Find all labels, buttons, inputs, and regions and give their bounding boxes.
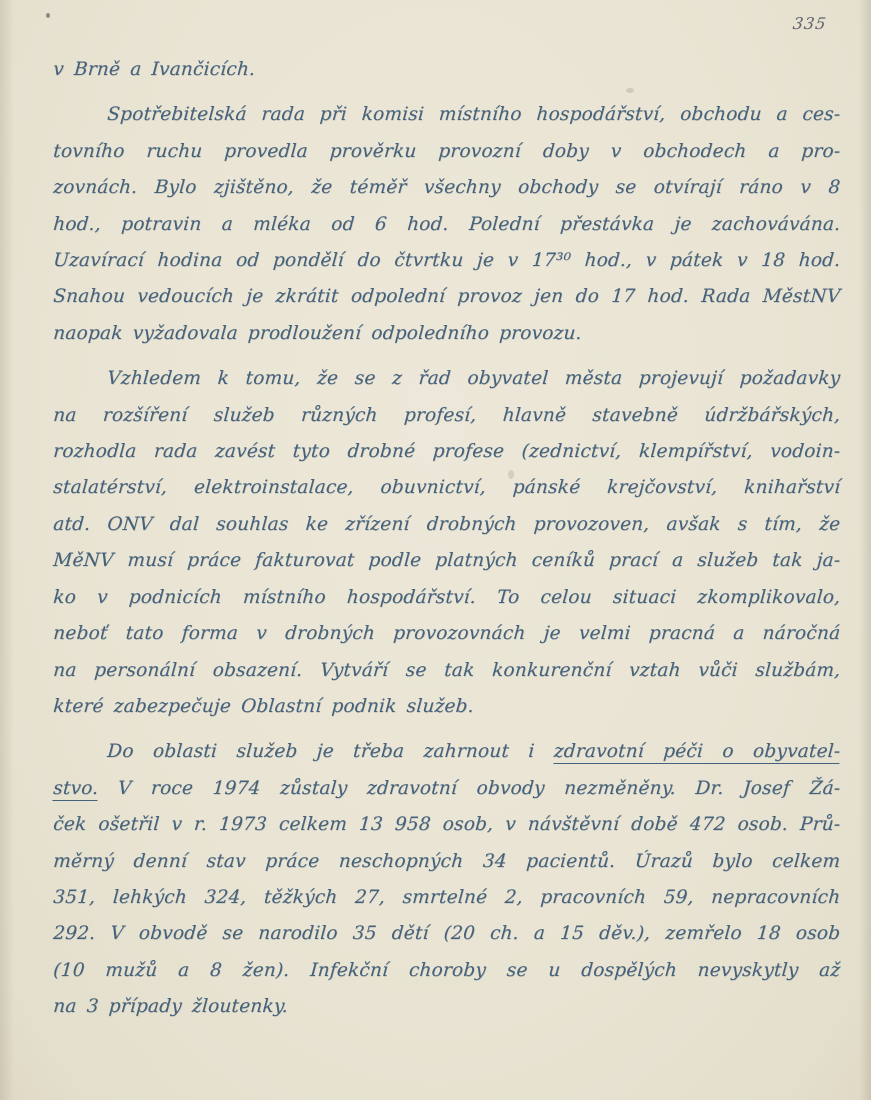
manuscript-line: v Brně a Ivančicích. [52, 52, 842, 88]
manuscript-line: MěNV musí práce fakturovat podle platnýc… [52, 543, 842, 579]
manuscript-line: ko v podnicích místního hospodářství. To… [52, 580, 842, 616]
text-segment: 351, lehkých 324, těžkých 27, smrtelné 2… [53, 887, 841, 908]
underlined-text-segment: zdravotní péči o obyvatel- [553, 741, 841, 764]
manuscript-line: na 3 případy žloutenky. [52, 989, 842, 1025]
text-segment: které zabezpečuje Oblastní podnik služeb… [53, 696, 475, 717]
manuscript-line: stalatérství, elektroinstalace, obuvnict… [52, 470, 842, 506]
manuscript-line: hod., potravin a mléka od 6 hod. Polední… [52, 207, 842, 243]
text-segment: Spotřebitelská rada při komisi místního … [107, 104, 841, 125]
text-segment: na 3 případy žloutenky. [53, 996, 289, 1017]
manuscript-line: Do oblasti služeb je třeba zahrnout i zd… [52, 734, 842, 770]
manuscript-line: 292. V obvodě se narodilo 35 dětí (20 ch… [52, 916, 842, 952]
manuscript-line: atd. ONV dal souhlas ke zřízení drobných… [52, 507, 842, 543]
text-segment: (10 mužů a 8 žen). Infekční choroby se u… [53, 960, 841, 981]
text-segment: stalatérství, elektroinstalace, obuvnict… [53, 477, 841, 498]
text-segment: neboť tato forma v drobných provozovnách… [53, 623, 841, 644]
text-segment: Vzhledem k tomu, že se z řad obyvatel mě… [107, 368, 841, 389]
text-segment: Do oblasti služeb je třeba zahrnout i [107, 741, 555, 762]
text-segment: Uzavírací hodina od pondělí do čtvrtku j… [53, 250, 841, 271]
manuscript-line: 351, lehkých 324, těžkých 27, smrtelné 2… [52, 880, 842, 916]
manuscript-line: rozhodla rada zavést tyto drobné profese… [52, 434, 842, 470]
manuscript-line: Spotřebitelská rada při komisi místního … [52, 97, 842, 133]
manuscript-line: tovního ruchu provedla prověrku provozní… [52, 134, 842, 170]
manuscript-line: Snahou vedoucích je zkrátit odpolední pr… [52, 279, 842, 315]
manuscript-line: zovnách. Bylo zjištěno, že téměř všechny… [52, 170, 842, 206]
text-segment: tovního ruchu provedla prověrku provozní… [53, 141, 841, 162]
page-left-edge-shadow [0, 0, 14, 1100]
text-segment: atd. ONV dal souhlas ke zřízení drobných… [53, 514, 841, 535]
manuscript-line: které zabezpečuje Oblastní podnik služeb… [52, 689, 842, 725]
page-right-edge-shadow [859, 0, 871, 1100]
text-segment: ko v podnicích místního hospodářství. To… [53, 587, 841, 608]
manuscript-line: měrný denní stav práce neschopných 34 pa… [52, 844, 842, 880]
manuscript-line: naopak vyžadovala prodloužení odpoledníh… [52, 316, 842, 352]
text-segment: MěNV musí práce fakturovat podle platnýc… [53, 550, 841, 571]
text-segment: měrný denní stav práce neschopných 34 pa… [53, 851, 841, 872]
manuscript-line: Uzavírací hodina od pondělí do čtvrtku j… [52, 243, 842, 279]
text-segment: na personální obsazení. Vytváří se tak k… [53, 660, 841, 681]
manuscript-line: Vzhledem k tomu, že se z řad obyvatel mě… [52, 361, 842, 397]
page-number: 335 [792, 14, 828, 33]
text-segment: rozhodla rada zavést tyto drobné profese… [53, 441, 841, 462]
manuscript-line: (10 mužů a 8 žen). Infekční choroby se u… [52, 953, 842, 989]
manuscript-line: stvo. V roce 1974 zůstaly zdravotní obvo… [52, 771, 842, 807]
text-segment: v Brně a Ivančicích. [53, 59, 256, 80]
manuscript-line: neboť tato forma v drobných provozovnách… [52, 616, 842, 652]
text-segment: zovnách. Bylo zjištěno, že téměř všechny… [53, 177, 841, 198]
manuscript-page: { "page": { "number": "335" }, "colors":… [0, 0, 871, 1100]
text-segment: ček ošetřil v r. 1973 celkem 13 958 osob… [53, 814, 841, 835]
text-segment: hod., potravin a mléka od 6 hod. Polední… [53, 214, 841, 235]
text-segment: Snahou vedoucích je zkrátit odpolední pr… [53, 286, 841, 307]
manuscript-text: v Brně a Ivančicích.Spotřebitelská rada … [52, 52, 839, 1026]
text-segment: na rozšíření služeb různých profesí, hla… [53, 405, 841, 426]
text-segment: 292. V obvodě se narodilo 35 dětí (20 ch… [53, 923, 841, 944]
manuscript-line: ček ošetřil v r. 1973 celkem 13 958 osob… [52, 807, 842, 843]
ink-speck [46, 13, 50, 18]
manuscript-line: na rozšíření služeb různých profesí, hla… [52, 398, 842, 434]
text-segment: V roce 1974 zůstaly zdravotní obvody nez… [98, 778, 841, 799]
text-segment: naopak vyžadovala prodloužení odpoledníh… [53, 323, 583, 344]
manuscript-line: na personální obsazení. Vytváří se tak k… [52, 653, 842, 689]
underlined-text-segment: stvo. [52, 778, 99, 801]
